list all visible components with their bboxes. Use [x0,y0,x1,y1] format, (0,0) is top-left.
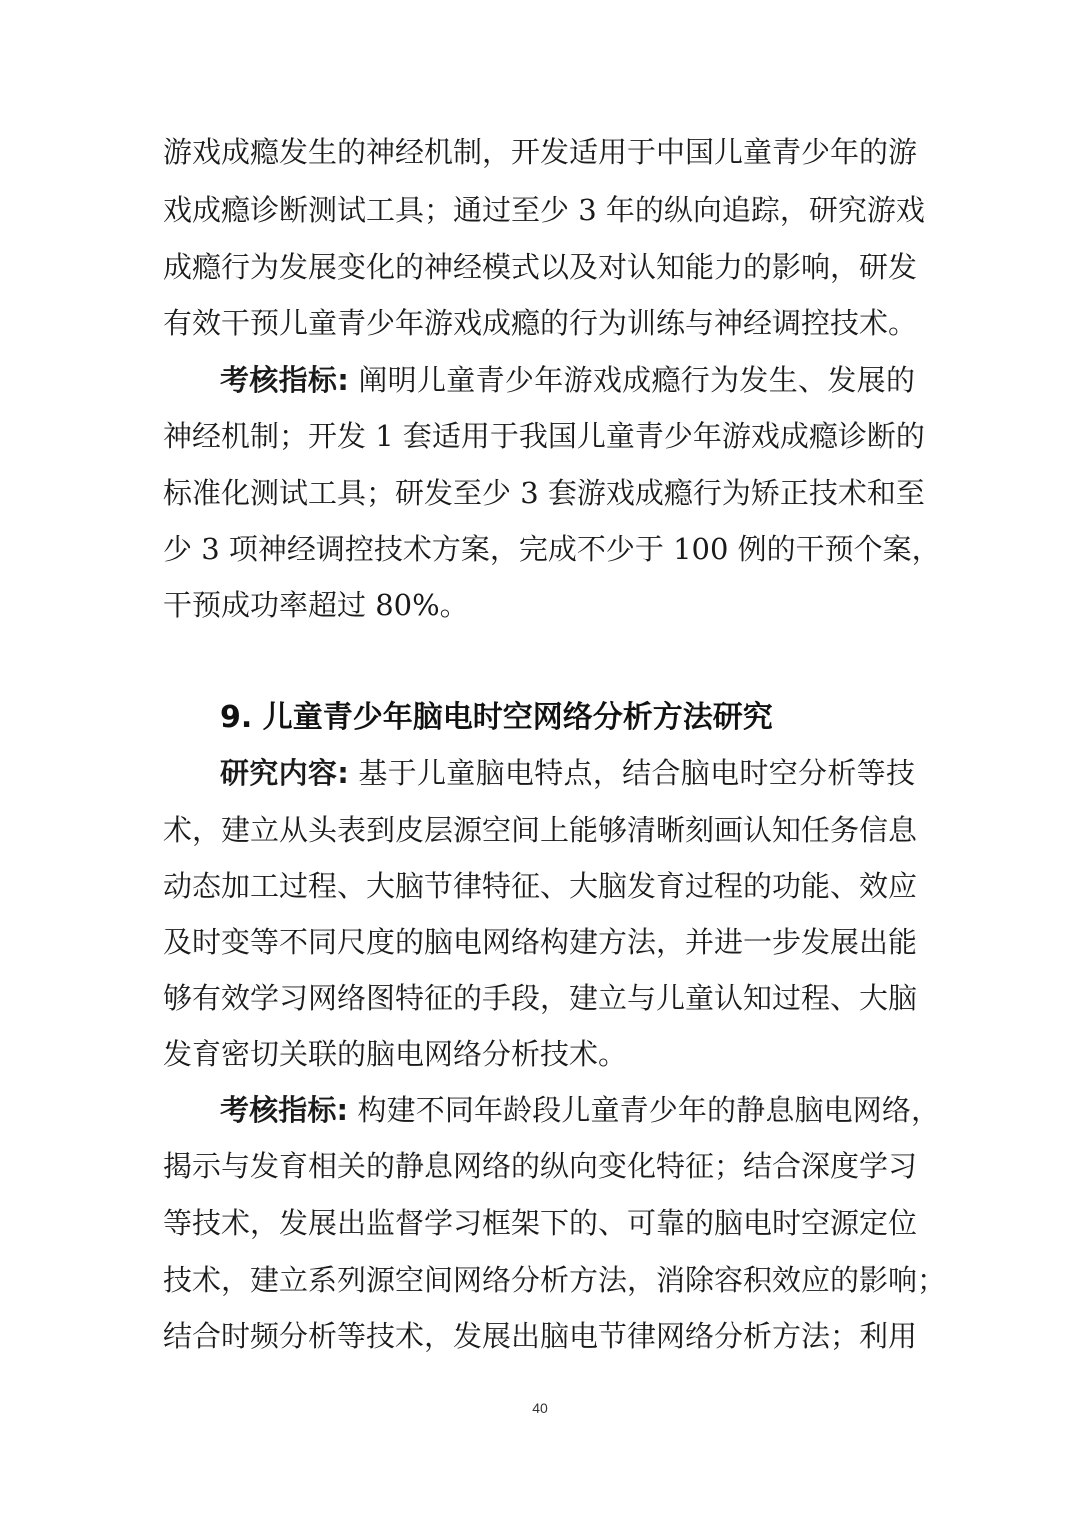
paragraph-line: 神经机制；开发 1 套适用于我国儿童青少年游戏成瘾诊断的 [163,416,915,456]
paragraph-line: 术，建立从头表到皮层源空间上能够清晰刻画认知任务信息 [163,810,915,850]
paragraph-line: 成瘾行为发展变化的神经模式以及对认知能力的影响，研发 [163,247,915,287]
research-content-label: 研究内容: [220,756,349,790]
section-heading: 9. 儿童青少年脑电时空网络分析方法研究 [220,698,773,738]
assessment-label: 考核指标: [220,363,349,397]
assessment-paragraph-first-line: 考核指标: 阐明儿童青少年游戏成瘾行为发生、发展的 [220,360,915,400]
page-number: 40 [0,1400,1080,1416]
paragraph-line: 戏成瘾诊断测试工具；通过至少 3 年的纵向追踪，研究游戏 [163,190,915,230]
assessment-text: 阐明儿童青少年游戏成瘾行为发生、发展的 [349,363,915,397]
assessment-text: 构建不同年龄段儿童青少年的静息脑电网络， [348,1093,940,1127]
paragraph-line: 少 3 项神经调控技术方案，完成不少于 100 例的干预个案， [163,529,915,569]
paragraph-line: 发育密切关联的脑电网络分析技术。 [163,1034,915,1074]
research-content-text: 基于儿童脑电特点，结合脑电时空分析等技 [349,756,915,790]
paragraph-line: 技术，建立系列源空间网络分析方法，消除容积效应的影响； [163,1260,938,1300]
paragraph-line: 动态加工过程、大脑节律特征、大脑发育过程的功能、效应 [163,866,915,906]
paragraph-line: 结合时频分析等技术，发展出脑电节律网络分析方法；利用 [163,1316,915,1356]
paragraph-line: 够有效学习网络图特征的手段，建立与儿童认知过程、大脑 [163,978,915,1018]
research-content-first-line: 研究内容: 基于儿童脑电特点，结合脑电时空分析等技 [220,753,915,793]
paragraph-line: 揭示与发育相关的静息网络的纵向变化特征；结合深度学习 [163,1146,915,1186]
document-page: 游戏成瘾发生的神经机制，开发适用于中国儿童青少年的游 戏成瘾诊断测试工具；通过至… [0,0,1080,1527]
paragraph-line: 干预成功率超过 80%。 [163,585,915,625]
paragraph-line: 等技术，发展出监督学习框架下的、可靠的脑电时空源定位 [163,1203,915,1243]
paragraph-line: 标准化测试工具；研发至少 3 套游戏成瘾行为矫正技术和至 [163,473,915,513]
paragraph-line: 游戏成瘾发生的神经机制，开发适用于中国儿童青少年的游 [163,132,915,172]
paragraph-line: 有效干预儿童青少年游戏成瘾的行为训练与神经调控技术。 [163,303,915,343]
assessment-paragraph-first-line: 考核指标: 构建不同年龄段儿童青少年的静息脑电网络， [220,1090,940,1130]
assessment-label: 考核指标: [220,1093,348,1127]
paragraph-line: 及时变等不同尺度的脑电网络构建方法，并进一步发展出能 [163,922,915,962]
